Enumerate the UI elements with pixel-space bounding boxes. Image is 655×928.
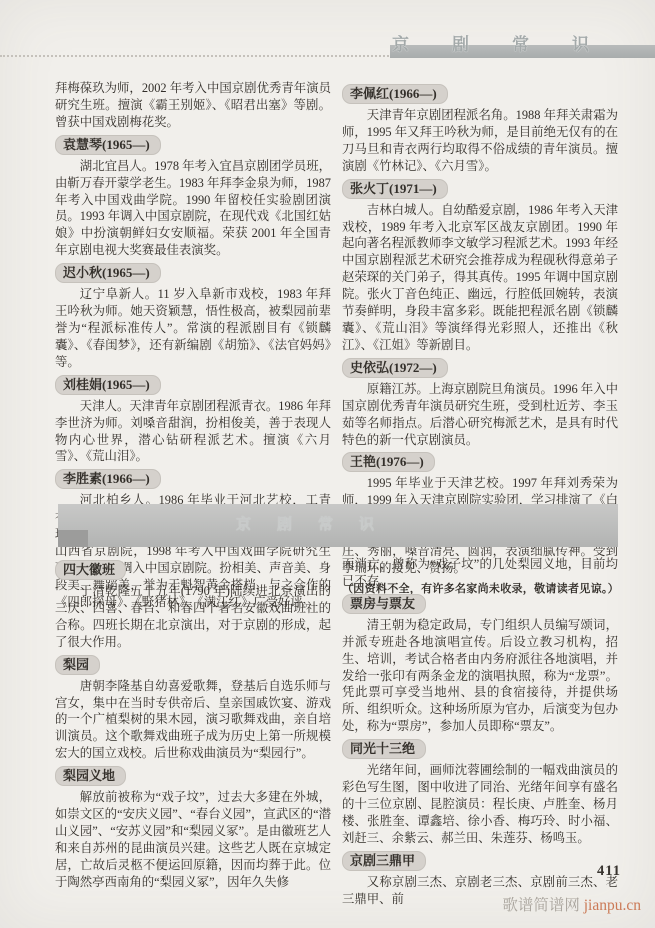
entry-bio: 辽宁阜新人。11 岁入阜新市戏校，1983 年拜王吟秋为师。她天资颖慧，悟性极高…: [55, 286, 331, 371]
page-number: 411: [597, 863, 621, 880]
entry-heading: 刘桂娟(1965—): [55, 375, 161, 395]
section-title: 京剧常识: [58, 504, 618, 547]
entry-heading: 迟小秋(1965—): [55, 263, 161, 283]
term-heading: 梨园: [55, 655, 100, 675]
entry-heading-row: 李胜素(1966—): [55, 469, 331, 489]
entry-heading: 袁慧琴(1965—): [55, 135, 161, 155]
term-heading-row: 四大徽班: [55, 560, 331, 580]
entry-heading-row: 史依弘(1972—): [342, 358, 618, 378]
term-continuation-paragraph: 而消亡，曾称为“戏子坟”的几处梨园义地，目前均已不存。: [342, 556, 618, 590]
glossary-section: 四大徽班 于清乾隆五十五年(1790 年)陆续进北京演出的三庆、四喜、春台、和春…: [55, 556, 618, 908]
term-text: 解放前被称为“戏子坟”，过去大多建在外城，如崇文区的“安庆义园”、“春台义园”，…: [55, 789, 331, 890]
term-heading-row: 京剧三鼎甲: [342, 851, 618, 871]
term-heading: 票房与票友: [342, 594, 426, 614]
entry-bio: 吉林白城人。自幼酷爱京剧，1986 年考入天津戏校，1989 年考入北京军区战友…: [342, 202, 618, 354]
entry-bio: 天津人。天津青年京剧团程派青衣。1986 年拜李世济为师。刘嗓音甜润，扮相俊美，…: [55, 398, 331, 466]
entry-heading: 李佩红(1966—): [342, 84, 448, 104]
section-title-band: 京剧常识: [58, 504, 618, 547]
entry-heading: 李胜素(1966—): [55, 469, 161, 489]
entry-heading-row: 刘桂娟(1965—): [55, 375, 331, 395]
term-heading: 京剧三鼎甲: [342, 851, 426, 871]
entry-bio: 湖北宜昌人。1978 年考入宜昌京剧团学员班，由靳万春开蒙学老生。1983 年拜…: [55, 158, 331, 259]
term-text: 清王朝为稳定政局，专门组织人员编写颂词，并派专班赴各地演唱宣传。后设立教习机构，…: [342, 617, 618, 735]
entry-heading-row: 王艳(1976—): [342, 452, 618, 472]
term-text: 唐朝李隆基自幼喜爱歌舞，登基后自选乐师与宫女，集中在当时专供帝后、皇亲国戚饮宴、…: [55, 678, 331, 763]
watermark-url: jianpu.cn: [584, 897, 641, 914]
watermark-site-name: 歌谱简谱网: [502, 897, 580, 914]
bio-continuation-paragraph: 拜梅葆玖为师，2002 年考入中国京剧优秀青年演员研究生班。擅演《霸王别姬》、《…: [55, 80, 331, 131]
entry-heading-row: 李佩红(1966—): [342, 84, 618, 104]
entry-heading-row: 迟小秋(1965—): [55, 263, 331, 283]
term-heading: 四大徽班: [55, 560, 126, 580]
term-heading: 同光十三绝: [342, 739, 426, 759]
glossary-right-column: 而消亡，曾称为“戏子坟”的几处梨园义地，目前均已不存。 票房与票友 清王朝为稳定…: [342, 556, 618, 908]
term-heading-row: 梨园: [55, 655, 331, 675]
running-head-title: 京剧常识: [392, 30, 632, 55]
entry-heading-row: 袁慧琴(1965—): [55, 135, 331, 155]
term-heading-row: 票房与票友: [342, 594, 618, 614]
entry-heading-row: 张火丁(1971—): [342, 179, 618, 199]
entry-bio: 原籍江苏。上海京剧院旦角演员。1996 年入中国京剧优秀青年演员研究生班，受到杜…: [342, 381, 618, 449]
term-heading-row: 同光十三绝: [342, 739, 618, 759]
glossary-left-column: 四大徽班 于清乾隆五十五年(1790 年)陆续进北京演出的三庆、四喜、春台、和春…: [55, 556, 331, 908]
term-heading: 梨园义地: [55, 766, 126, 786]
band-corner-square: [58, 530, 88, 547]
book-page: 京剧常识 拜梅葆玖为师，2002 年考入中国京剧优秀青年演员研究生班。擅演《霸王…: [0, 0, 655, 928]
header-dotted-rule: [0, 55, 392, 57]
term-heading-row: 梨园义地: [55, 766, 331, 786]
entry-bio: 天津青年京剧团程派名角。1988 年拜关肃霜为师，1995 年又拜王吟秋为师，是…: [342, 107, 618, 175]
entry-heading: 史依弘(1972—): [342, 358, 448, 378]
entry-heading: 王艳(1976—): [342, 452, 435, 472]
watermark: 歌谱简谱网 jianpu.cn: [502, 893, 641, 915]
entry-heading: 张火丁(1971—): [342, 179, 448, 199]
term-text: 光绪年间，画师沈蓉圃绘制的一幅戏曲演员的彩色写生图，图中收进了同治、光绪年间享有…: [342, 762, 618, 847]
term-text: 于清乾隆五十五年(1790 年)陆续进北京演出的三庆、四喜、春台、和春四个著名安…: [55, 583, 331, 651]
